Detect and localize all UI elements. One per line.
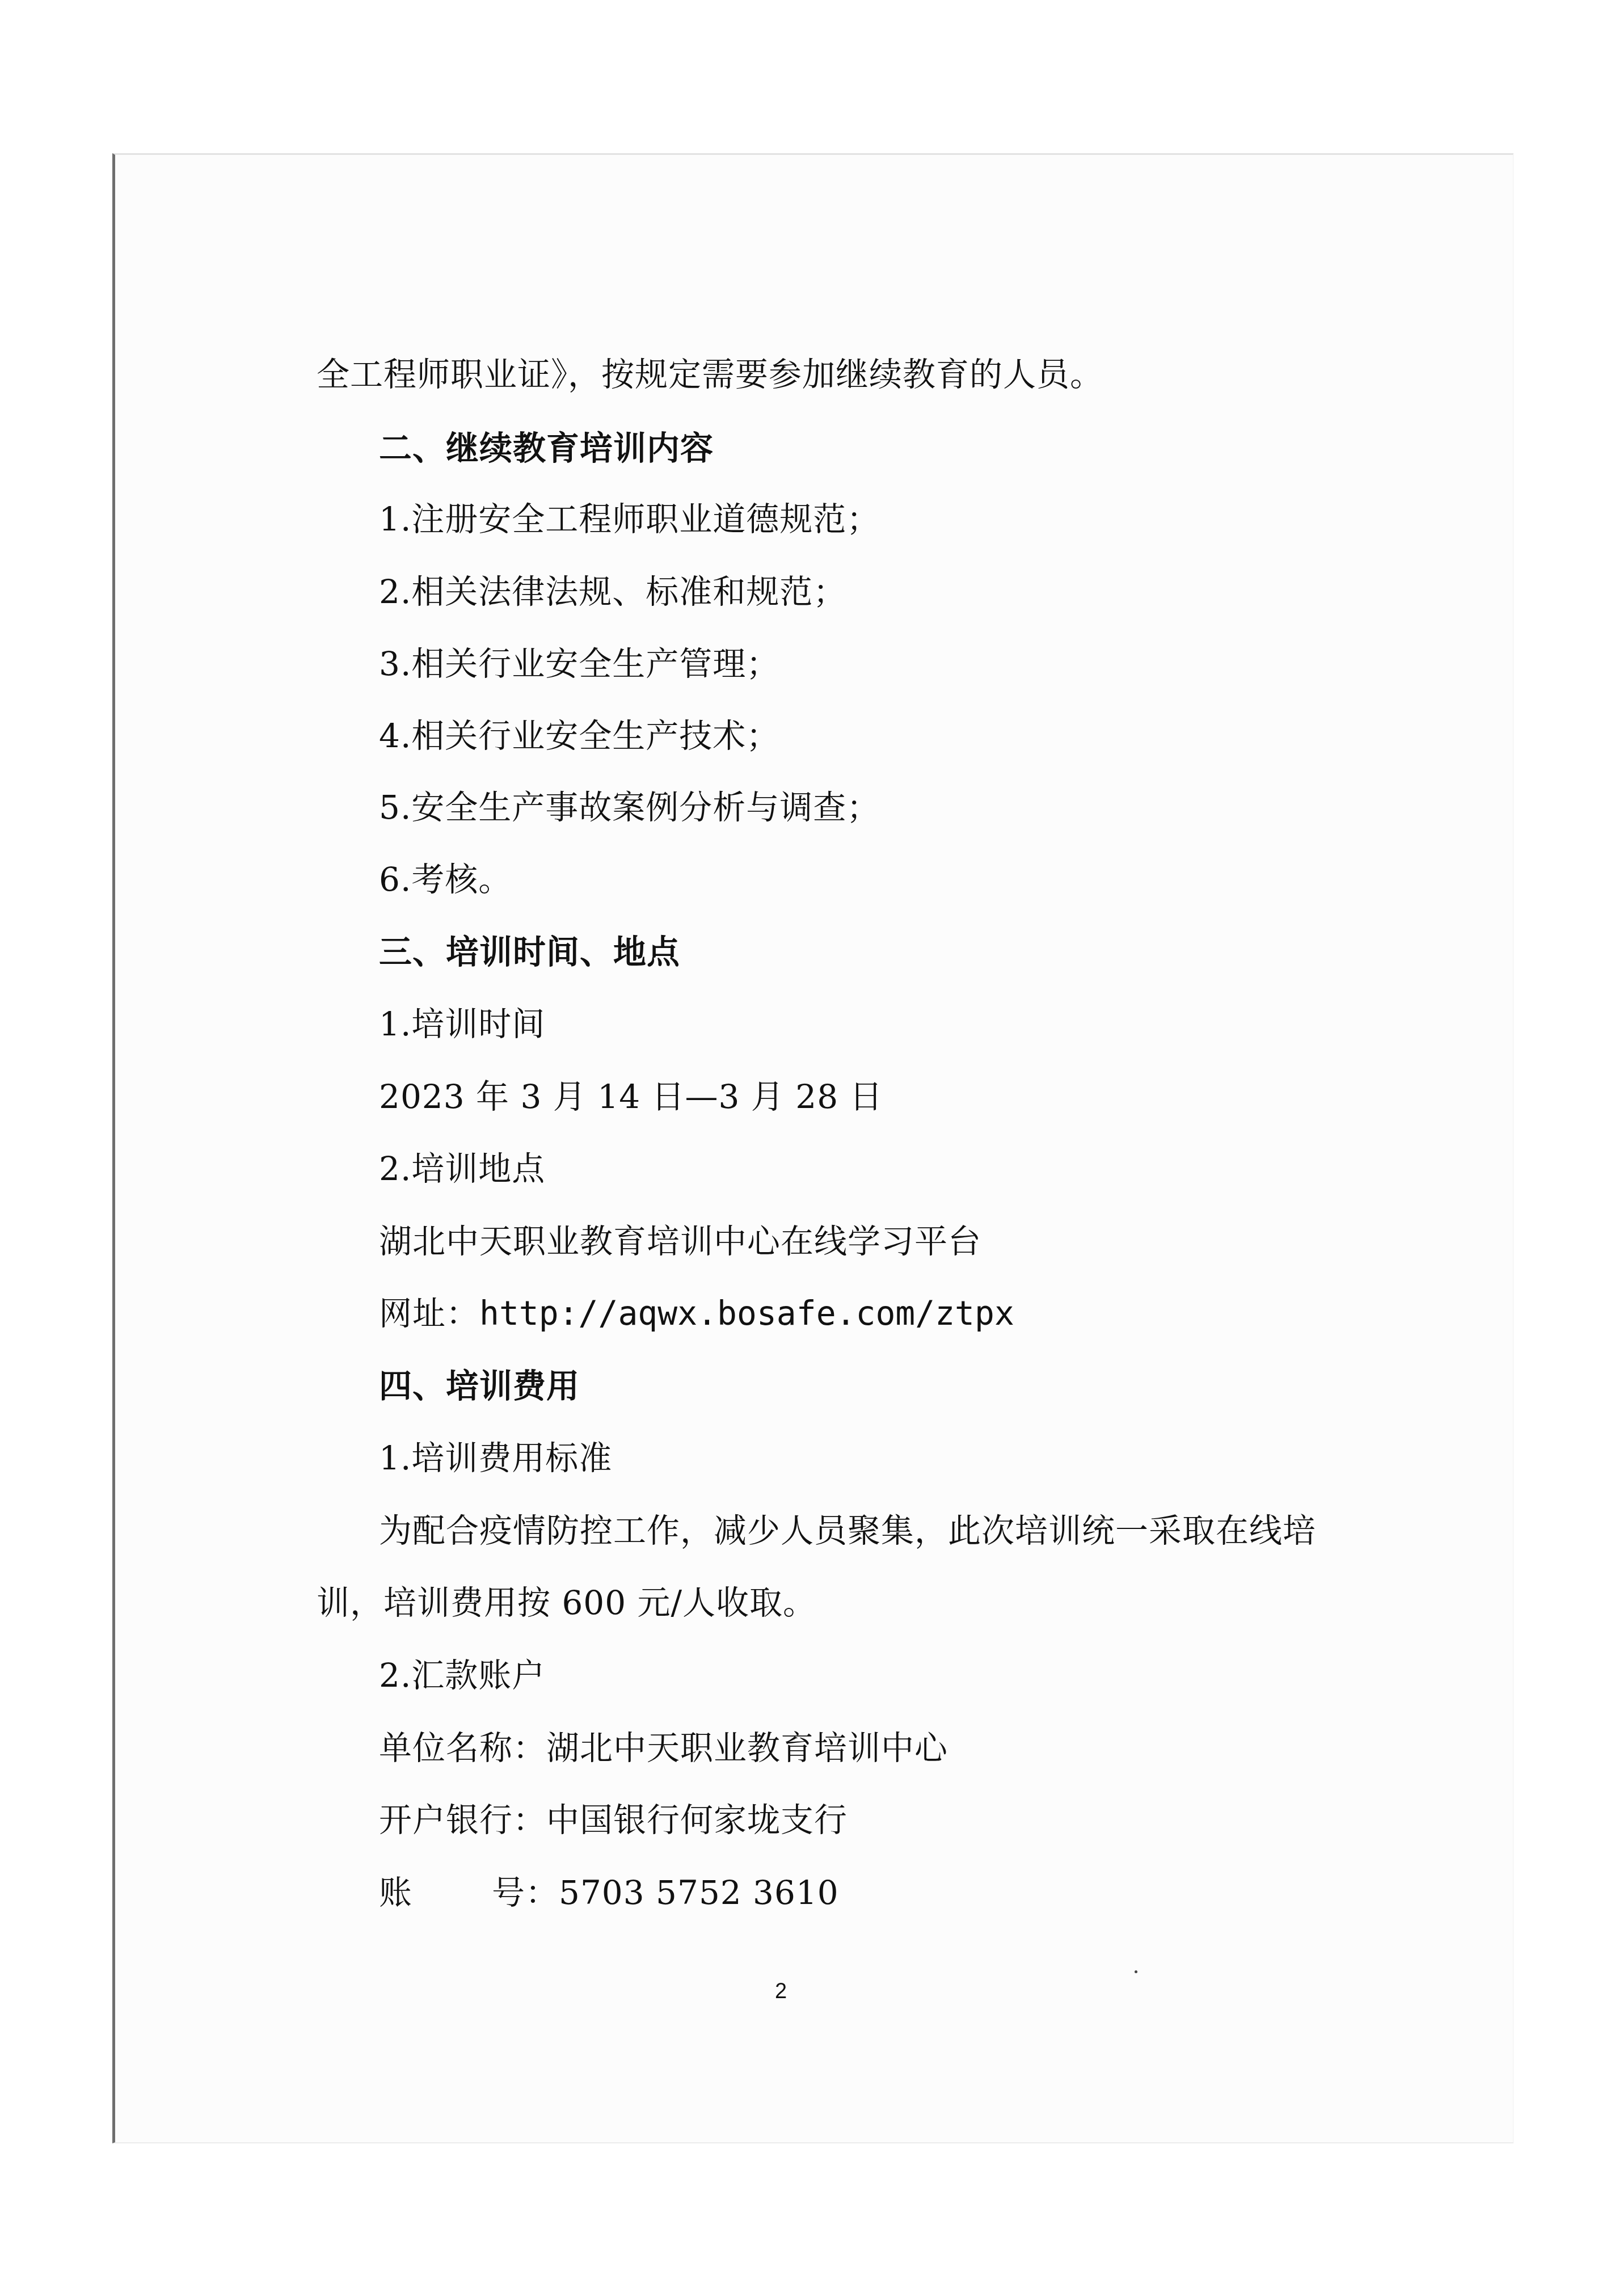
time-label: 1.培训时间 [379,1004,545,1044]
continuation-line: 全工程师职业证》，按规定需要参加继续教育的人员。 [317,355,1103,394]
content-item-4: 4.相关行业安全生产技术； [379,716,779,756]
account-number-label-2: 号： [492,1873,559,1912]
fee-text-line-2: 训，培训费用按 600 元/人收取。 [317,1583,816,1623]
scan-speck [1135,1970,1137,1973]
bank-label: 开户银行： [379,1801,546,1839]
account-number-line: 账号：5703 5752 3610 [379,1873,839,1912]
unit-name-label: 单位名称： [379,1729,546,1767]
unit-name-line: 单位名称：湖北中天职业教育培训中心 [379,1728,948,1768]
fee-text-line-1: 为配合疫情防控工作，减少人员聚集，此次培训统一采取在线培 [379,1511,1316,1551]
account-number-label-1: 账 [379,1873,412,1912]
place-label: 2.培训地点 [379,1149,545,1189]
unit-name-value: 湖北中天职业教育培训中心 [546,1729,948,1767]
content-item-1: 1.注册安全工程师职业道德规范； [379,499,880,539]
section-heading-content: 二、继续教育培训内容 [379,428,714,468]
content-item-3: 3.相关行业安全生产管理； [379,644,779,684]
document-page [112,153,1514,2143]
section-heading-fees: 四、培训费用 [379,1366,580,1406]
time-value: 2023 年 3 月 14 日—3 月 28 日 [379,1077,883,1117]
url-line: 网址：http://aqwx.bosafe.com/ztpx [379,1294,1014,1333]
page-number: 2 [775,1979,787,2004]
account-number-value: 5703 5752 3610 [559,1873,839,1912]
url-label: 网址： [379,1294,479,1333]
bank-value: 中国银行何家垅支行 [546,1801,848,1839]
content-item-5: 5.安全生产事故案例分析与调查； [379,787,880,827]
account-label: 2.汇款账户 [379,1655,545,1695]
bank-line: 开户银行：中国银行何家垅支行 [379,1800,848,1840]
url-link[interactable]: http://aqwx.bosafe.com/ztpx [479,1294,1014,1333]
content-item-6: 6.考核。 [379,860,512,899]
section-heading-time-place: 三、培训时间、地点 [379,932,680,972]
content-item-2: 2.相关法律法规、标准和规范； [379,572,846,612]
fee-label: 1.培训费用标准 [379,1438,612,1478]
place-value: 湖北中天职业教育培训中心在线学习平台 [379,1221,981,1261]
